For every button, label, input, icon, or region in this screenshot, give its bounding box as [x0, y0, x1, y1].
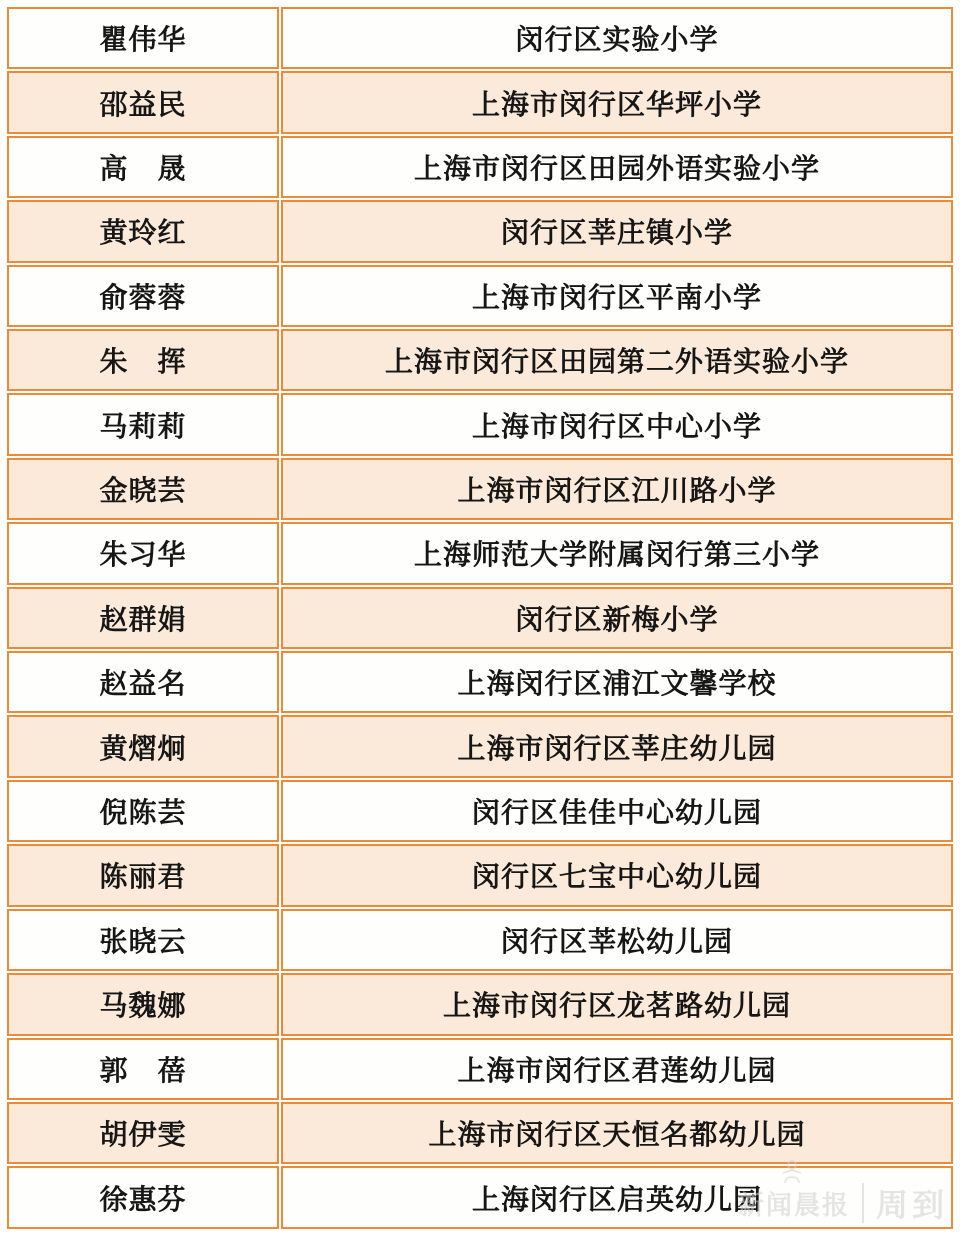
teacher-name-cell: 黄熠炯: [7, 715, 279, 777]
school-name-cell: 闵行区实验小学: [281, 7, 953, 69]
school-name-cell: 闵行区佳佳中心幼儿园: [281, 780, 953, 842]
teacher-name-cell: 倪陈芸: [7, 780, 279, 842]
table-row: 马魏娜上海市闵行区龙茗路幼儿园: [7, 973, 953, 1035]
teacher-name-cell: 马魏娜: [7, 973, 279, 1035]
table-row: 黄熠炯上海市闵行区莘庄幼儿园: [7, 715, 953, 777]
school-name-cell: 上海市闵行区龙茗路幼儿园: [281, 973, 953, 1035]
school-name-cell: 上海闵行区浦江文馨学校: [281, 651, 953, 713]
teacher-name-cell: 张晓云: [7, 909, 279, 971]
teacher-name-cell: 金晓芸: [7, 458, 279, 520]
table-row: 胡伊雯上海市闵行区天恒名都幼儿园: [7, 1102, 953, 1164]
table-row: 瞿伟华闵行区实验小学: [7, 7, 953, 69]
table-row: 黄玲红闵行区莘庄镇小学: [7, 200, 953, 262]
teacher-name-cell: 瞿伟华: [7, 7, 279, 69]
school-name-cell: 上海市闵行区平南小学: [281, 265, 953, 327]
school-name-cell: 上海市闵行区君莲幼儿园: [281, 1038, 953, 1100]
teacher-school-table: 瞿伟华闵行区实验小学邵益民上海市闵行区华坪小学高 晟上海市闵行区田园外语实验小学…: [5, 5, 955, 1231]
school-name-cell: 上海市闵行区江川路小学: [281, 458, 953, 520]
school-name-cell: 闵行区新梅小学: [281, 587, 953, 649]
table-row: 朱 挥上海市闵行区田园第二外语实验小学: [7, 329, 953, 391]
teacher-name-cell: 马莉莉: [7, 393, 279, 455]
table-row: 俞蓉蓉上海市闵行区平南小学: [7, 265, 953, 327]
table-row: 高 晟上海市闵行区田园外语实验小学: [7, 136, 953, 198]
teacher-name-cell: 朱习华: [7, 522, 279, 584]
teacher-name-cell: 俞蓉蓉: [7, 265, 279, 327]
table-row: 金晓芸上海市闵行区江川路小学: [7, 458, 953, 520]
table-row: 徐惠芬上海闵行区启英幼儿园: [7, 1166, 953, 1229]
table-row: 赵益名上海闵行区浦江文馨学校: [7, 651, 953, 713]
school-name-cell: 上海师范大学附属闵行第三小学: [281, 522, 953, 584]
table-body: 瞿伟华闵行区实验小学邵益民上海市闵行区华坪小学高 晟上海市闵行区田园外语实验小学…: [7, 7, 953, 1229]
table-row: 邵益民上海市闵行区华坪小学: [7, 71, 953, 133]
teacher-name-cell: 胡伊雯: [7, 1102, 279, 1164]
teacher-name-cell: 赵群娟: [7, 587, 279, 649]
teacher-roster-page: 瞿伟华闵行区实验小学邵益民上海市闵行区华坪小学高 晟上海市闵行区田园外语实验小学…: [0, 0, 960, 1236]
teacher-name-cell: 朱 挥: [7, 329, 279, 391]
school-name-cell: 上海市闵行区田园外语实验小学: [281, 136, 953, 198]
teacher-name-cell: 高 晟: [7, 136, 279, 198]
school-name-cell: 闵行区莘松幼儿园: [281, 909, 953, 971]
table-row: 陈丽君闵行区七宝中心幼儿园: [7, 844, 953, 906]
table-row: 赵群娟闵行区新梅小学: [7, 587, 953, 649]
teacher-name-cell: 赵益名: [7, 651, 279, 713]
school-name-cell: 上海闵行区启英幼儿园: [281, 1166, 953, 1229]
school-name-cell: 上海市闵行区天恒名都幼儿园: [281, 1102, 953, 1164]
table-row: 张晓云闵行区莘松幼儿园: [7, 909, 953, 971]
school-name-cell: 闵行区莘庄镇小学: [281, 200, 953, 262]
teacher-name-cell: 黄玲红: [7, 200, 279, 262]
table-row: 郭 蓓上海市闵行区君莲幼儿园: [7, 1038, 953, 1100]
school-name-cell: 上海市闵行区田园第二外语实验小学: [281, 329, 953, 391]
table-row: 朱习华上海师范大学附属闵行第三小学: [7, 522, 953, 584]
teacher-name-cell: 邵益民: [7, 71, 279, 133]
teacher-name-cell: 陈丽君: [7, 844, 279, 906]
table-row: 马莉莉上海市闵行区中心小学: [7, 393, 953, 455]
table-row: 倪陈芸闵行区佳佳中心幼儿园: [7, 780, 953, 842]
school-name-cell: 闵行区七宝中心幼儿园: [281, 844, 953, 906]
school-name-cell: 上海市闵行区中心小学: [281, 393, 953, 455]
school-name-cell: 上海市闵行区莘庄幼儿园: [281, 715, 953, 777]
teacher-name-cell: 郭 蓓: [7, 1038, 279, 1100]
teacher-name-cell: 徐惠芬: [7, 1166, 279, 1229]
school-name-cell: 上海市闵行区华坪小学: [281, 71, 953, 133]
